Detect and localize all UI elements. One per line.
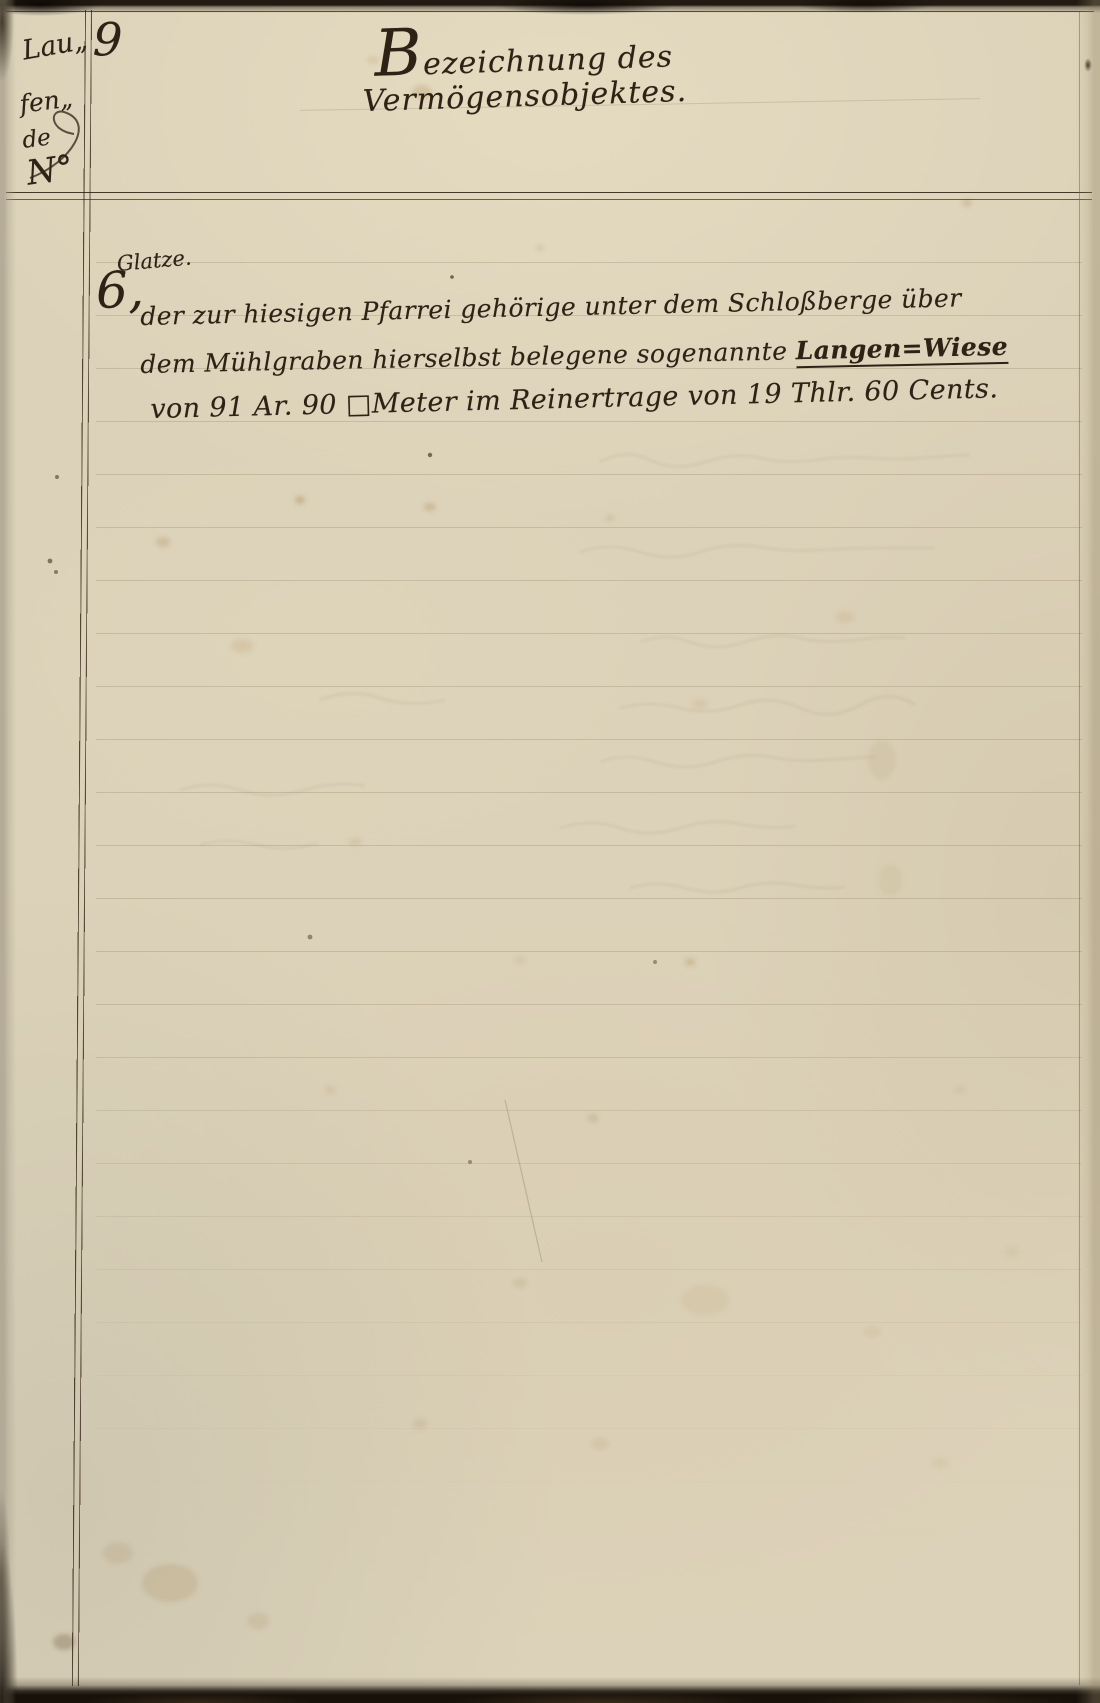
margin-label-line-1: Lau„ — [20, 25, 90, 67]
scan-bottom-edge — [0, 1677, 1100, 1703]
entry-text-line-1: der zur hiesigen Pfarrei gehörige unter … — [140, 283, 962, 331]
entry-text-line-2: dem Mühlgraben hierselbst belegene sogen… — [140, 332, 1008, 379]
page-title: Bezeichnung des Vermögensobjektes. — [238, 22, 810, 123]
entry-item-number: 6, — [95, 260, 145, 320]
top-border-rule — [6, 11, 1094, 12]
margin-label-line-2: fen„ — [18, 84, 74, 119]
scan-left-edge — [0, 0, 18, 1703]
header-double-rule — [6, 192, 1092, 200]
entry-underlined-name: Langen=Wiese — [795, 332, 1008, 368]
feint-ruled-lines — [96, 262, 1082, 1542]
margin-label-number-sign: N° — [24, 147, 76, 193]
page-number: 9 — [92, 12, 123, 67]
entry-line-2-text: dem Mühlgraben hierselbst belegene sogen… — [140, 336, 788, 379]
page-right-edge-line — [1079, 12, 1080, 1685]
margin-label-line-3: de — [21, 125, 52, 154]
scan-top-edge — [0, 0, 1100, 18]
ledger-page-scan: 9 Lau„ fen„ de N° Bezeichnung des Vermög… — [0, 0, 1100, 1703]
page-edge-nick — [1084, 58, 1092, 72]
entry-text-line-3: von 91 Ar. 90 □Meter im Reinertrage von … — [150, 373, 999, 425]
margin-column-double-rule — [72, 10, 92, 1686]
